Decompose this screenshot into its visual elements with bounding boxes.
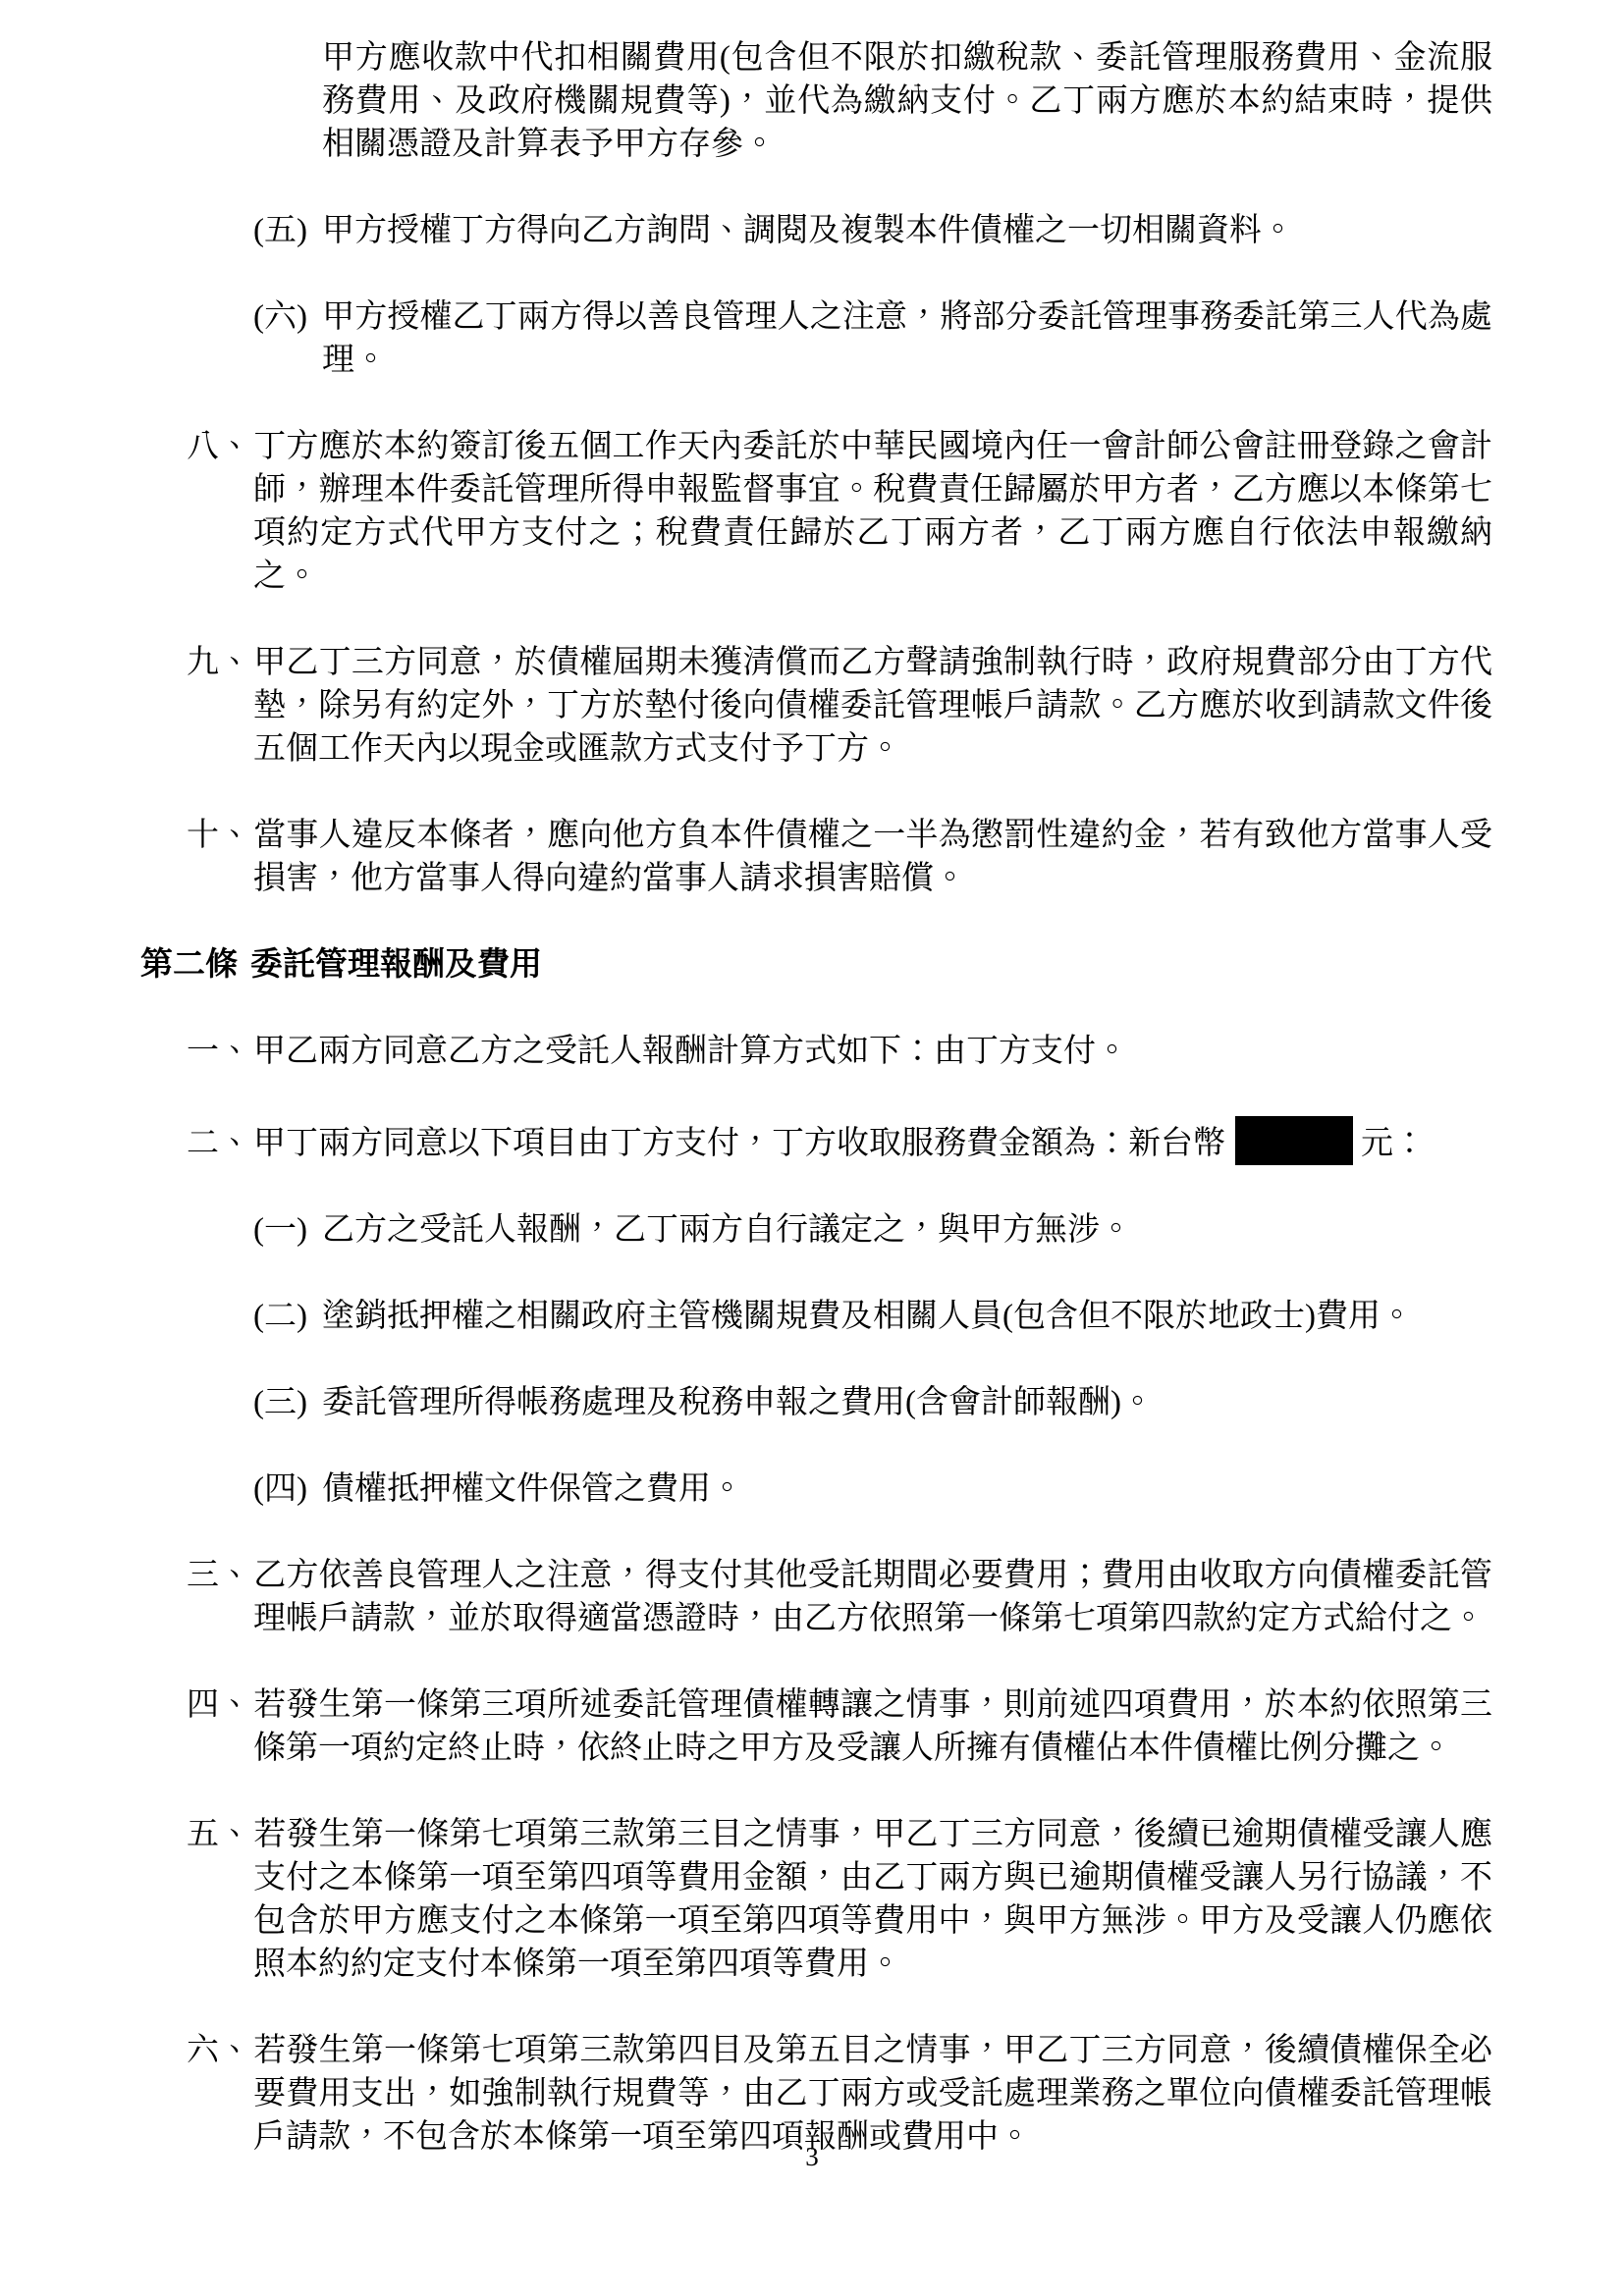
paragraph-text: 若發生第一條第七項第三款第三目之情事，甲乙丁三方同意，後續已逾期債權受讓人應支付… [253,1817,1492,1982]
article-number-marker: 第二條 [140,947,238,983]
paragraph-text: 當事人違反本條者，應向他方負本件債權之一半為懲罰性違約金，若有致他方當事人受損害… [253,818,1492,896]
list-marker: 十、 [187,814,253,857]
contract-sub-item: (五)甲方授權丁方得向乙方詢問、調閱及複製本件債權之一切相關資料。 [253,209,1492,252]
list-marker: 六、 [187,2029,253,2072]
list-marker: (二) [253,1295,322,1338]
paragraph-text: 若發生第一條第七項第三款第四目及第五目之情事，甲乙丁三方同意，後續債權保全必要費… [253,2033,1492,2155]
contract-sub-item: (一)乙方之受託人報酬，乙丁兩方自行議定之，與甲方無涉。 [253,1208,1492,1252]
list-marker: 二、 [187,1122,253,1165]
list-marker: (六) [253,295,322,339]
contract-item: 一、甲乙兩方同意乙方之受託人報酬計算方式如下：由丁方支付。 [187,1030,1492,1073]
paragraph-text: 丁方應於本約簽訂後五個工作天內委託於中華民國境內任一會計師公會註冊登錄之會計師，… [253,429,1492,594]
page-number: 3 [805,2142,819,2171]
paragraph-text: 塗銷抵押權之相關政府主管機關規費及相關人員(包含但不限於地政士)費用。 [322,1299,1413,1334]
contract-item: 九、甲乙丁三方同意，於債權屆期未獲清償而乙方聲請強制執行時，政府規費部分由丁方代… [187,641,1492,771]
paragraph-text: 甲方應收款中代扣相關費用(包含但不限於扣繳稅款、委託管理服務費用、金流服務費用、… [322,40,1492,162]
document-body: 甲方應收款中代扣相關費用(包含但不限於扣繳稅款、委託管理服務費用、金流服務費用、… [0,0,1624,2159]
contract-sub-item: (四)債權抵押權文件保管之費用。 [253,1468,1492,1511]
list-marker: (三) [253,1381,322,1424]
paragraph-text: 甲乙丁三方同意，於債權屆期未獲清償而乙方聲請強制執行時，政府規費部分由丁方代墊，… [253,645,1492,767]
page-footer: 3 [0,2142,1624,2171]
contract-page: 甲方應收款中代扣相關費用(包含但不限於扣繳稅款、委託管理服務費用、金流服務費用、… [0,0,1624,2296]
section-heading: 第二條委託管理報酬及費用 [140,943,1492,987]
contract-item: 五、若發生第一條第七項第三款第三目之情事，甲乙丁三方同意，後續已逾期債權受讓人應… [187,1813,1492,1986]
list-marker: 四、 [187,1683,253,1727]
contract-sub-item: (六)甲方授權乙丁兩方得以善良管理人之注意，將部分委託管理事務委託第三人代為處理… [253,295,1492,382]
paragraph-text: 甲丁兩方同意以下項目由丁方支付，丁方收取服務費金額為：新台幣 [253,1126,1225,1161]
list-marker: 五、 [187,1813,253,1856]
contract-item: 二、甲丁兩方同意以下項目由丁方支付，丁方收取服務費金額為：新台幣元： [187,1116,1492,1165]
paragraph-text: 甲方授權乙丁兩方得以善良管理人之注意，將部分委託管理事務委託第三人代為處理。 [322,299,1492,378]
paragraph-text: 元： [1361,1126,1426,1161]
contract-item: 三、乙方依善良管理人之注意，得支付其他受託期間必要費用；費用由收取方向債權委託管… [187,1554,1492,1640]
paragraph-text: 委託管理所得帳務處理及稅務申報之費用(含會計師報酬)。 [322,1385,1154,1420]
contract-item: 十、當事人違反本條者，應向他方負本件債權之一半為懲罰性違約金，若有致他方當事人受… [187,814,1492,900]
list-marker: 八、 [187,425,253,468]
paragraph-text: 若發生第一條第三項所述委託管理債權轉讓之情事，則前述四項費用，於本約依照第三條第… [253,1687,1492,1766]
list-marker: 九、 [187,641,253,684]
contract-sub-item: (二)塗銷抵押權之相關政府主管機關規費及相關人員(包含但不限於地政士)費用。 [253,1295,1492,1338]
redaction-box [1235,1116,1353,1165]
contract-item: 八、丁方應於本約簽訂後五個工作天內委託於中華民國境內任一會計師公會註冊登錄之會計… [187,425,1492,598]
list-marker: 一、 [187,1030,253,1073]
paragraph-text: 乙方依善良管理人之注意，得支付其他受託期間必要費用；費用由收取方向債權委託管理帳… [253,1558,1492,1636]
list-marker: (五) [253,209,322,252]
paragraph-text: 甲方授權丁方得向乙方詢問、調閱及複製本件債權之一切相關資料。 [322,213,1294,248]
paragraph-text: 委託管理報酬及費用 [250,947,542,983]
paragraph-text: 甲乙兩方同意乙方之受託人報酬計算方式如下：由丁方支付。 [253,1034,1128,1069]
continuation-paragraph: 甲方應收款中代扣相關費用(包含但不限於扣繳稅款、委託管理服務費用、金流服務費用、… [322,36,1492,166]
contract-item: 六、若發生第一條第七項第三款第四目及第五目之情事，甲乙丁三方同意，後續債權保全必… [187,2029,1492,2159]
list-marker: (一) [253,1208,322,1252]
list-marker: (四) [253,1468,322,1511]
contract-item: 四、若發生第一條第三項所述委託管理債權轉讓之情事，則前述四項費用，於本約依照第三… [187,1683,1492,1770]
contract-sub-item: (三)委託管理所得帳務處理及稅務申報之費用(含會計師報酬)。 [253,1381,1492,1424]
list-marker: 三、 [187,1554,253,1597]
paragraph-text: 乙方之受託人報酬，乙丁兩方自行議定之，與甲方無涉。 [322,1212,1132,1248]
paragraph-text: 債權抵押權文件保管之費用。 [322,1471,743,1507]
